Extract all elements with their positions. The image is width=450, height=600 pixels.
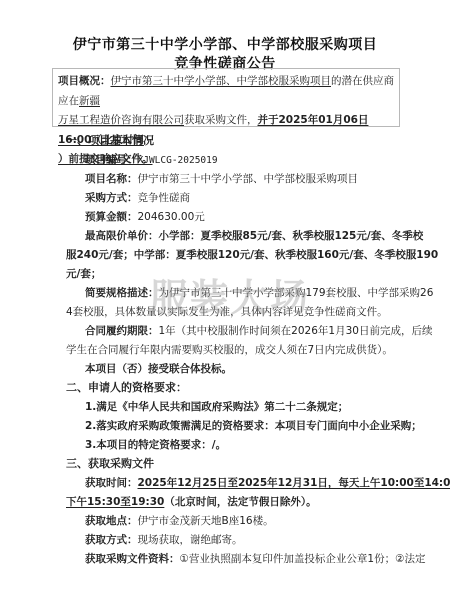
acquire-time: 2025年12月25日至2025年12月31日，每天上午10:00至14:00， (138, 477, 450, 489)
project-summary-box: 项目概况：伊宁市第三十中学小学部、中学部校服采购项目的潜在供应商应在新疆万星工程… (52, 68, 400, 127)
spec-text: 为伊宁市第三十中学小学部采购179套校服、中学部采购26 (159, 287, 434, 299)
section-2-heading: 二、申请人的资格要求： (66, 381, 187, 395)
requirement-2: 2.落实政府采购政策需满足的资格要求：本项目专门面向中小企业采购； (85, 419, 422, 433)
project-name: 伊宁市第三十中学小学部、中学部校服采购项目 (138, 173, 359, 185)
acquire-docs-row: 获取采购文件资料：①营业执照副本复印件加盖投标企业公章1份；②法定 (85, 552, 426, 566)
max-price-line-3: 元/套； (66, 267, 101, 281)
agency-link-part2: 万星工程造价咨询有限公司 (58, 114, 184, 126)
contract-term-row: 合同履约期限：1年（其中校服制作时间须在2026年1月30日前完成，后续 (85, 324, 432, 338)
acquire-way: 现场获取，谢绝邮寄。 (138, 534, 243, 546)
acquire-time-row: 获取时间：2025年12月25日至2025年12月31日，每天上午10:00至1… (85, 476, 450, 490)
document-title: 伊宁市第三十中学小学部、中学部校服采购项目 (0, 34, 450, 54)
project-name-row: 项目名称：伊宁市第三十中学小学部、中学部校服采购项目 (85, 172, 358, 186)
acquire-way-row: 获取方式：现场获取，谢绝邮寄。 (85, 533, 243, 547)
summary-text-2: 获取采购文件， (184, 114, 258, 126)
procurement-method-row: 采购方式：竞争性磋商 (85, 191, 190, 205)
budget-amount: 204630.00元 (138, 211, 205, 223)
requirement-3: 3.本项目的特定资格要求：/。 (85, 438, 226, 452)
spec-text-cont: 4套校服，具体数量以实际发生为准，具体内容详见竞争性磋商文件。 (66, 305, 388, 319)
max-price-line-2: 服240元/套；中学部：夏季校服120元/套、秋季校服160元/套、冬季校服19… (66, 248, 438, 262)
spec-row: 简要规格描述：为伊宁市第三十中学小学部采购179套校服、中学部采购26 (85, 286, 433, 300)
requirement-1: 1.满足《中华人民共和国政府采购法》第二十二条规定； (85, 400, 348, 414)
acquire-place: 伊宁市金茂新天地B座16楼。 (138, 515, 274, 527)
consortium-note: 本项目（否）接受联合体投标。 (85, 362, 232, 376)
contract-term: 1年（其中校服制作时间须在2026年1月30日前完成，后续 (159, 325, 433, 337)
acquire-place-row: 获取地点：伊宁市金茂新天地B座16楼。 (85, 514, 274, 528)
acquire-docs: ①营业执照副本复印件加盖投标企业公章1份；②法定 (180, 553, 426, 565)
budget-row: 预算金额：204630.00元 (85, 210, 205, 224)
max-price-line-1: 最高限价单价：小学部：夏季校服85元/套、秋季校服125元/套、冬季校 (85, 229, 423, 243)
contract-term-cont: 学生在合同履行年限内需要购买校服的，成交人须在7日内完成供货）。 (66, 343, 393, 357)
procurement-method: 竞争性磋商 (138, 192, 191, 204)
section-1-heading: 一、项目基本情况 (66, 134, 154, 148)
agency-link-part1: 新疆 (79, 95, 100, 107)
section-3-heading: 三、获取采购文件 (66, 457, 154, 471)
summary-label: 项目概况： (58, 75, 111, 87)
project-name-link: 伊宁市第三十中学小学部、中学部校服采购项目 (111, 75, 332, 87)
project-number: XJWLCG-2025019 (138, 155, 218, 166)
acquire-time-cont: 下午15:30至19:30（北京时间，法定节假日除外）。 (66, 495, 317, 509)
project-number-row: 项目编号：XJWLCG-2025019 (85, 153, 218, 168)
